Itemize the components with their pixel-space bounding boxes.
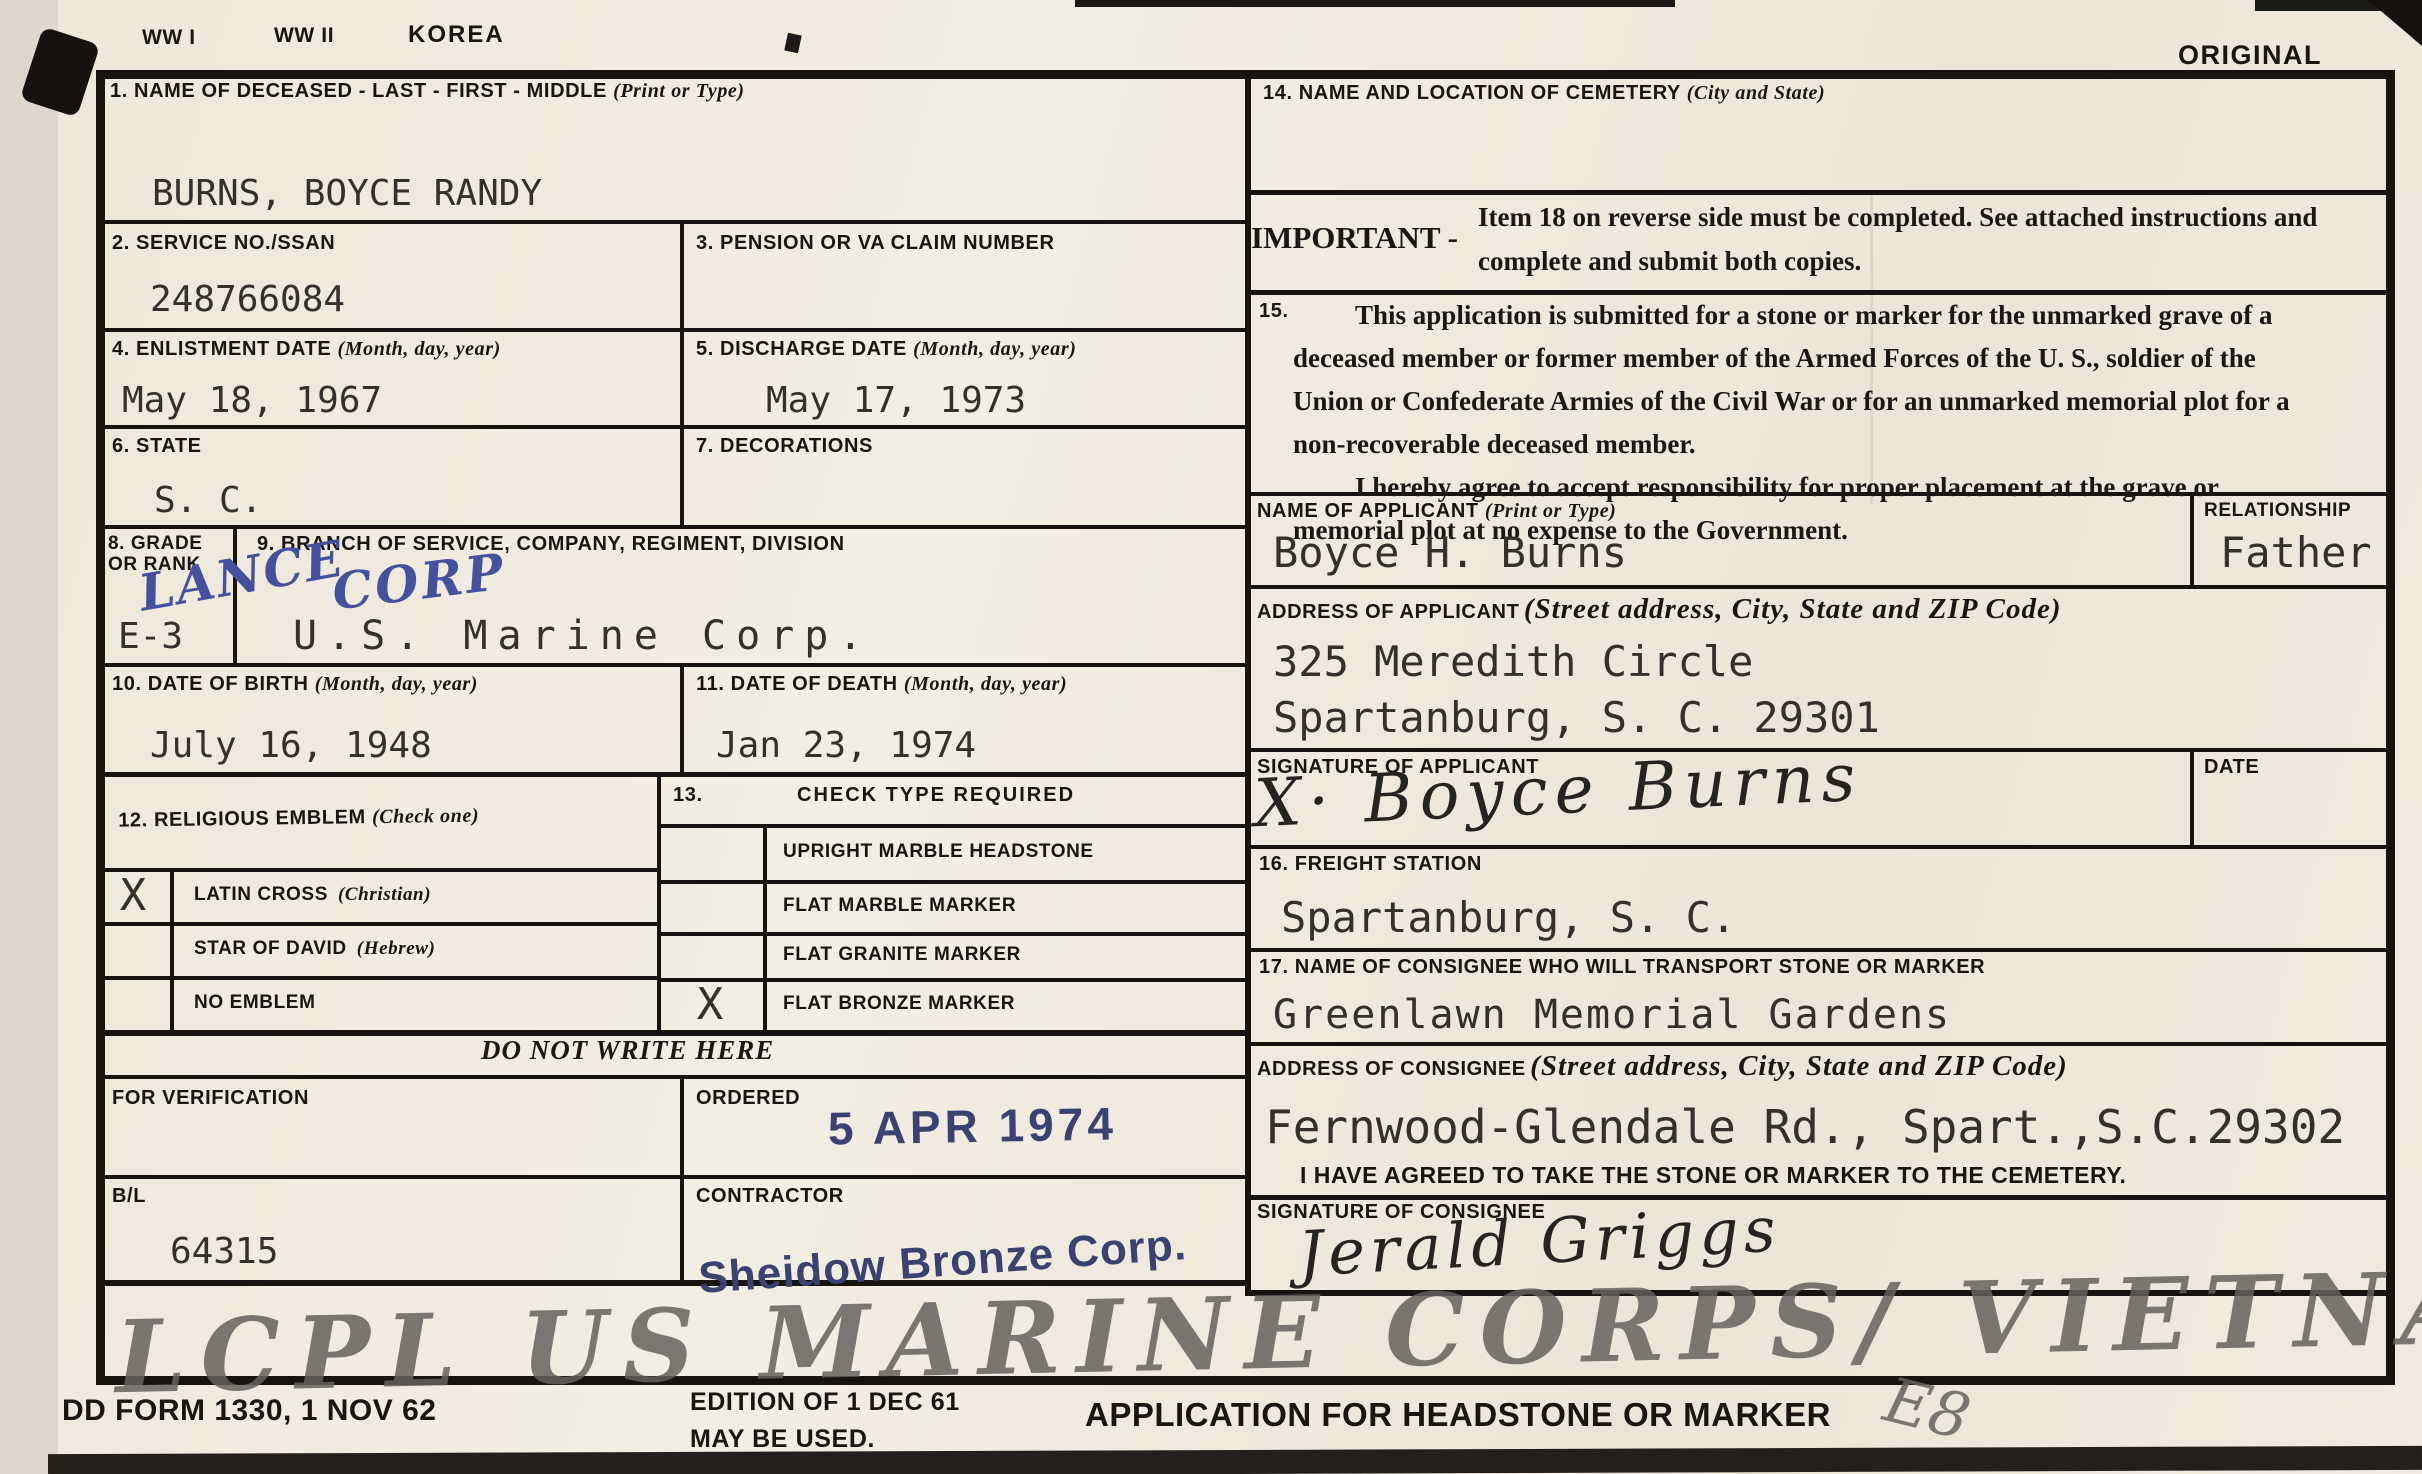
emblem-option-star-of-david: STAR OF DAVID (Hebrew): [170, 922, 657, 976]
field-pension-claim: 3. PENSION OR VA CLAIM NUMBER: [680, 220, 1245, 328]
marker-checkbox-flat-bronze: X: [657, 978, 763, 1030]
field-enlistment-date: 4. ENLISTMENT DATE (Month, day, year) Ma…: [96, 328, 680, 425]
field-consignee-address: ADDRESS OF CONSIGNEE (Street address, Ci…: [1245, 1042, 2395, 1195]
applicant-address-label: ADDRESS OF APPLICANT: [1257, 601, 1519, 623]
consignee-name-value: Greenlawn Memorial Gardens: [1273, 992, 1951, 1038]
marker-option-upright-marble: UPRIGHT MARBLE HEADSTONE: [763, 824, 1245, 880]
field-14-label-paren: (City and State): [1687, 82, 1826, 104]
marker-checkbox-flat-granite: [657, 932, 763, 978]
marker-flat-bronze-label: FLAT BRONZE MARKER: [783, 993, 1015, 1015]
marker-checkbox-upright-marble: [657, 824, 763, 880]
field-13-number: 13.: [673, 784, 703, 807]
marker-flat-bronze-checkmark: X: [697, 979, 724, 1030]
field-contractor: CONTRACTOR Sheidow Bronze Corp.: [680, 1175, 1245, 1280]
consignee-address-value: Fernwood-Glendale Rd., Spart.,S.C.29302: [1265, 1100, 2345, 1154]
deceased-name-value: BURNS, BOYCE RANDY: [152, 173, 542, 214]
marker-checkbox-flat-marble: [657, 880, 763, 932]
state-value: S. C.: [154, 480, 262, 521]
field-for-verification: FOR VERIFICATION: [96, 1075, 680, 1175]
ordered-date-stamp: 5 APR 1974: [828, 1096, 1118, 1155]
emblem-option-latin-cross: LATIN CROSS (Christian): [170, 868, 657, 922]
form-title: APPLICATION FOR HEADSTONE OR MARKER: [1085, 1396, 1831, 1434]
war-label-ww1: WW I: [142, 26, 196, 50]
field-discharge-date: 5. DISCHARGE DATE (Month, day, year) May…: [680, 328, 1245, 425]
verification-label: FOR VERIFICATION: [96, 1075, 680, 1110]
date-label: DATE: [2190, 748, 2395, 779]
field-freight-station: 16. FREIGHT STATION Spartanburg, S. C.: [1245, 845, 2395, 948]
field-9-label: 9. BRANCH OF SERVICE, COMPANY, REGIMENT,…: [233, 525, 1245, 556]
scan-edge-top-1: [1075, 0, 1675, 7]
marker-option-flat-marble: FLAT MARBLE MARKER: [763, 880, 1245, 932]
marker-upright-marble-label: UPRIGHT MARBLE HEADSTONE: [783, 841, 1094, 863]
relationship-label: RELATIONSHIP: [2190, 492, 2395, 522]
field-1-label: 1. NAME OF DECEASED - LAST - FIRST - MID…: [110, 80, 607, 102]
service-number-value: 248766084: [150, 279, 345, 320]
emblem-option-no-emblem: NO EMBLEM: [170, 976, 657, 1030]
original-copy-label: ORIGINAL: [2178, 40, 2322, 71]
enlistment-date-value: May 18, 1967: [122, 380, 382, 421]
marker-option-flat-granite: FLAT GRANITE MARKER: [763, 932, 1245, 978]
field-16-label: 16. FREIGHT STATION: [1245, 845, 2395, 876]
emblem-star-of-david-paren: (Hebrew): [357, 938, 436, 960]
field-11-label-paren: (Month, day, year): [904, 673, 1067, 695]
emblem-latin-cross-label: LATIN CROSS: [194, 884, 328, 906]
war-label-ww2: WW II: [274, 24, 334, 48]
do-not-write-label: DO NOT WRITE HERE: [481, 1035, 774, 1066]
emblem-checkbox-star-of-david: [96, 922, 170, 976]
field-applicant-name: NAME OF APPLICANT (Print or Type) Boyce …: [1245, 492, 2190, 585]
field-check-type-required: 13. CHECK TYPE REQUIRED: [657, 772, 1245, 824]
bl-label: B/L: [96, 1175, 680, 1208]
branch-value: U.S. Marine Corp.: [293, 613, 872, 659]
edition-note-line1: EDITION OF 1 DEC 61: [690, 1388, 960, 1417]
field-17-label: 17. NAME OF CONSIGNEE WHO WILL TRANSPORT…: [1245, 948, 2395, 979]
field-date-of-birth: 10. DATE OF BIRTH (Month, day, year) Jul…: [96, 663, 680, 772]
applicant-name-paren: (Print or Type): [1485, 500, 1617, 522]
emblem-checkbox-latin-cross: X: [96, 868, 170, 922]
applicant-address-line1: 325 Meredith Circle: [1273, 637, 1753, 686]
statement-paragraph-1: This application is submitted for a ston…: [1293, 294, 2323, 466]
field-11-label: 11. DATE OF DEATH: [696, 673, 898, 695]
field-4-label: 4. ENLISTMENT DATE: [112, 338, 331, 360]
bl-value: 64315: [170, 1231, 278, 1272]
field-12-label: 12. RELIGIOUS EMBLEM: [118, 806, 366, 831]
marker-option-flat-bronze: FLAT BRONZE MARKER: [763, 978, 1245, 1030]
scan-mark-small: [784, 33, 801, 54]
field-1-label-paren: (Print or Type): [613, 80, 745, 102]
field-10-label: 10. DATE OF BIRTH: [112, 673, 309, 695]
consignee-address-paren: (Street address, City, State and ZIP Cod…: [1530, 1050, 2068, 1082]
scan-corner-top-right: [2368, 0, 2422, 46]
discharge-date-value: May 17, 1973: [766, 380, 1026, 421]
contractor-label: CONTRACTOR: [680, 1175, 1245, 1208]
field-13-title: CHECK TYPE REQUIRED: [797, 784, 1075, 807]
edition-note: EDITION OF 1 DEC 61 MAY BE USED.: [690, 1388, 960, 1454]
field-name-of-deceased: 1. NAME OF DECEASED - LAST - FIRST - MID…: [96, 70, 1245, 220]
field-state: 6. STATE S. C.: [96, 425, 680, 525]
agreed-statement: I HAVE AGREED TO TAKE THE STONE OR MARKE…: [1300, 1162, 2126, 1189]
applicant-address-paren: (Street address, City, State and ZIP Cod…: [1524, 593, 2062, 625]
emblem-checkbox-no-emblem: [96, 976, 170, 1030]
field-religious-emblem: 12. RELIGIOUS EMBLEM (Check one): [96, 772, 657, 868]
field-7-label: 7. DECORATIONS: [680, 425, 1245, 458]
field-relationship: RELATIONSHIP Father: [2190, 492, 2395, 585]
field-decorations: 7. DECORATIONS: [680, 425, 1245, 525]
do-not-write-band: DO NOT WRITE HERE: [96, 1030, 1245, 1075]
field-2-label: 2. SERVICE NO./SSAN: [96, 220, 680, 255]
war-label-korea: KOREA: [408, 21, 505, 49]
death-date-value: Jan 23, 1974: [716, 725, 976, 766]
important-note: IMPORTANT - Item 18 on reverse side must…: [1245, 190, 2395, 290]
field-service-number: 2. SERVICE NO./SSAN 248766084: [96, 220, 680, 328]
edition-note-line2: MAY BE USED.: [690, 1425, 960, 1454]
field-6-label: 6. STATE: [96, 425, 680, 458]
field-14-label: 14. NAME AND LOCATION OF CEMETERY: [1263, 82, 1681, 104]
form-id: DD FORM 1330, 1 NOV 62: [62, 1394, 436, 1428]
grade-value: E-3: [118, 616, 183, 657]
important-label: IMPORTANT -: [1245, 190, 1458, 290]
consignee-address-label: ADDRESS OF CONSIGNEE: [1257, 1058, 1526, 1080]
field-bl: B/L 64315: [96, 1175, 680, 1280]
field-ordered: ORDERED 5 APR 1974: [680, 1075, 1245, 1175]
relationship-value: Father: [2220, 528, 2372, 577]
freight-station-value: Spartanburg, S. C.: [1281, 893, 1736, 942]
applicant-name-label: NAME OF APPLICANT: [1257, 500, 1479, 522]
scan-edge-left: [0, 0, 58, 1474]
emblem-star-of-david-label: STAR OF DAVID: [194, 938, 347, 960]
birth-date-value: July 16, 1948: [150, 725, 432, 766]
field-15-number: 15.: [1259, 300, 1289, 323]
field-3-label: 3. PENSION OR VA CLAIM NUMBER: [680, 220, 1245, 255]
field-date: DATE: [2190, 748, 2395, 845]
scan-edge-bottom: [48, 1446, 2422, 1474]
applicant-address-line2: Spartanburg, S. C. 29301: [1273, 693, 1880, 742]
field-consignee-name: 17. NAME OF CONSIGNEE WHO WILL TRANSPORT…: [1245, 948, 2395, 1042]
field-10-label-paren: (Month, day, year): [315, 673, 478, 695]
field-applicant-address: ADDRESS OF APPLICANT (Street address, Ci…: [1245, 585, 2395, 748]
field-application-statement: 15. This application is submitted for a …: [1245, 290, 2395, 492]
marker-flat-marble-label: FLAT MARBLE MARKER: [783, 895, 1016, 917]
field-5-label: 5. DISCHARGE DATE: [696, 338, 907, 360]
emblem-latin-cross-paren: (Christian): [338, 884, 431, 906]
scanned-form: WW I WW II KOREA ORIGINAL 1. NAME OF DEC…: [0, 0, 2422, 1474]
field-5-label-paren: (Month, day, year): [913, 338, 1076, 360]
applicant-name-value: Boyce H. Burns: [1273, 528, 1627, 577]
marker-flat-granite-label: FLAT GRANITE MARKER: [783, 944, 1021, 966]
field-cemetery: 14. NAME AND LOCATION OF CEMETERY (City …: [1245, 70, 2395, 190]
field-date-of-death: 11. DATE OF DEATH (Month, day, year) Jan…: [680, 663, 1245, 772]
emblem-latin-cross-checkmark: X: [120, 870, 147, 921]
field-4-label-paren: (Month, day, year): [338, 338, 501, 360]
field-12-label-paren: (Check one): [372, 805, 479, 828]
important-text: Item 18 on reverse side must be complete…: [1478, 195, 2338, 290]
emblem-no-emblem-label: NO EMBLEM: [194, 992, 316, 1014]
